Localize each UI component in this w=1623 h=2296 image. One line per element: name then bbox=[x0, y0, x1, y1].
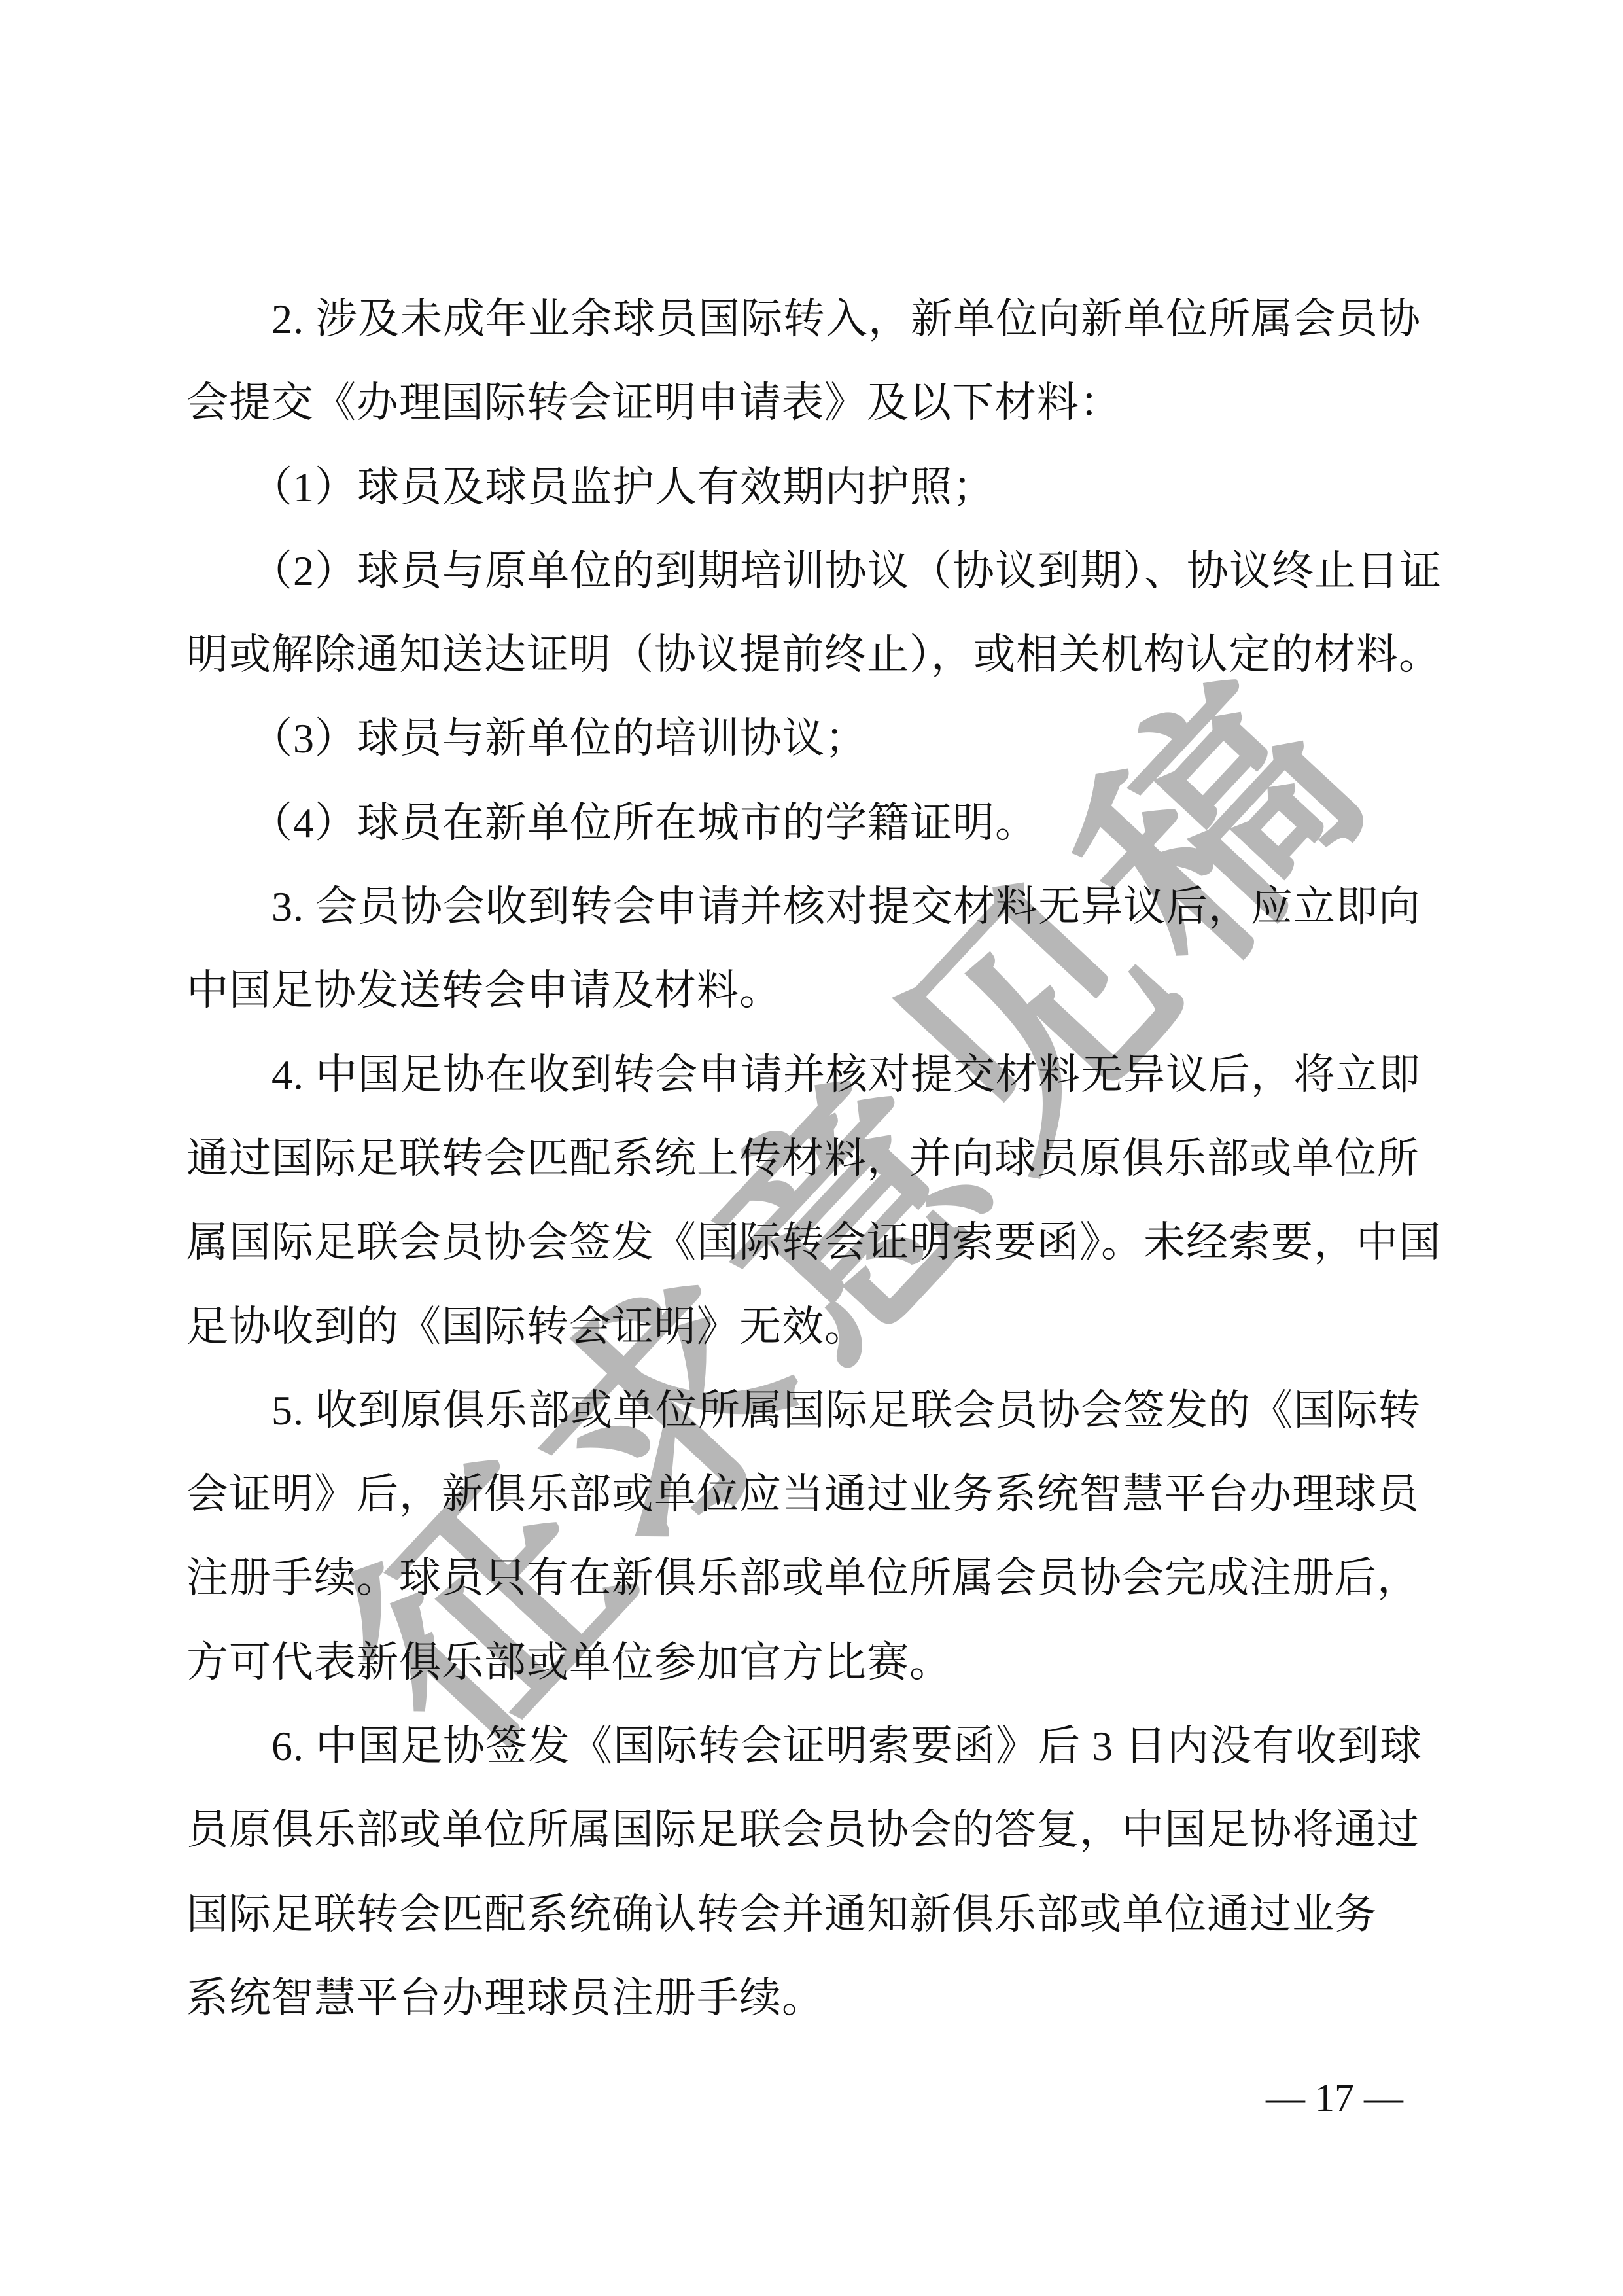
text-line: 会提交《办理国际转会证明申请表》及以下材料： bbox=[186, 361, 1462, 445]
text-line: 国际足联转会匹配系统确认转会并通知新俱乐部或单位通过业务 bbox=[186, 1873, 1462, 1956]
text-line: 4. 中国足协在收到转会申请并核对提交材料无异议后，将立即 bbox=[186, 1033, 1462, 1117]
text-line: （2）球员与原单位的到期培训协议（协议到期）、协议终止日证 bbox=[186, 529, 1462, 613]
text-line: 明或解除通知送达证明（协议提前终止），或相关机构认定的材料。 bbox=[186, 613, 1462, 697]
text-line: 通过国际足联转会匹配系统上传材料，并向球员原俱乐部或单位所 bbox=[186, 1117, 1462, 1201]
text-line: 2. 涉及未成年业余球员国际转入，新单位向新单位所属会员协 bbox=[186, 277, 1462, 361]
text-line: 属国际足联会员协会签发《国际转会证明索要函》。未经索要，中国 bbox=[186, 1201, 1462, 1284]
text-line: （1）球员及球员监护人有效期内护照； bbox=[186, 446, 1462, 529]
text-line: （3）球员与新单位的培训协议； bbox=[186, 697, 1462, 781]
text-line: 中国足协发送转会申请及材料。 bbox=[186, 949, 1462, 1033]
text-line: 方可代表新俱乐部或单位参加官方比赛。 bbox=[186, 1621, 1462, 1704]
text-line: 6. 中国足协签发《国际转会证明索要函》后 3 日内没有收到球 bbox=[186, 1704, 1462, 1788]
text-line: 5. 收到原俱乐部或单位所属国际足联会员协会签发的《国际转 bbox=[186, 1369, 1462, 1453]
text-line: 注册手续。球员只有在新俱乐部或单位所属会员协会完成注册后， bbox=[186, 1536, 1462, 1620]
text-line: （4）球员在新单位所在城市的学籍证明。 bbox=[186, 781, 1462, 865]
text-line: 员原俱乐部或单位所属国际足联会员协会的答复，中国足协将通过 bbox=[186, 1788, 1462, 1872]
text-line: 会证明》后，新俱乐部或单位应当通过业务系统智慧平台办理球员 bbox=[186, 1453, 1462, 1536]
document-page: 征求意见稿 2. 涉及未成年业余球员国际转入，新单位向新单位所属会员协 会提交《… bbox=[0, 0, 1623, 2296]
page-number: — 17 — bbox=[1256, 2075, 1413, 2121]
text-line: 3. 会员协会收到转会申请并核对提交材料无异议后，应立即向 bbox=[186, 865, 1462, 949]
text-line: 足协收到的《国际转会证明》无效。 bbox=[186, 1285, 1462, 1369]
document-body: 2. 涉及未成年业余球员国际转入，新单位向新单位所属会员协 会提交《办理国际转会… bbox=[186, 277, 1462, 2040]
text-line: 系统智慧平台办理球员注册手续。 bbox=[186, 1956, 1462, 2040]
